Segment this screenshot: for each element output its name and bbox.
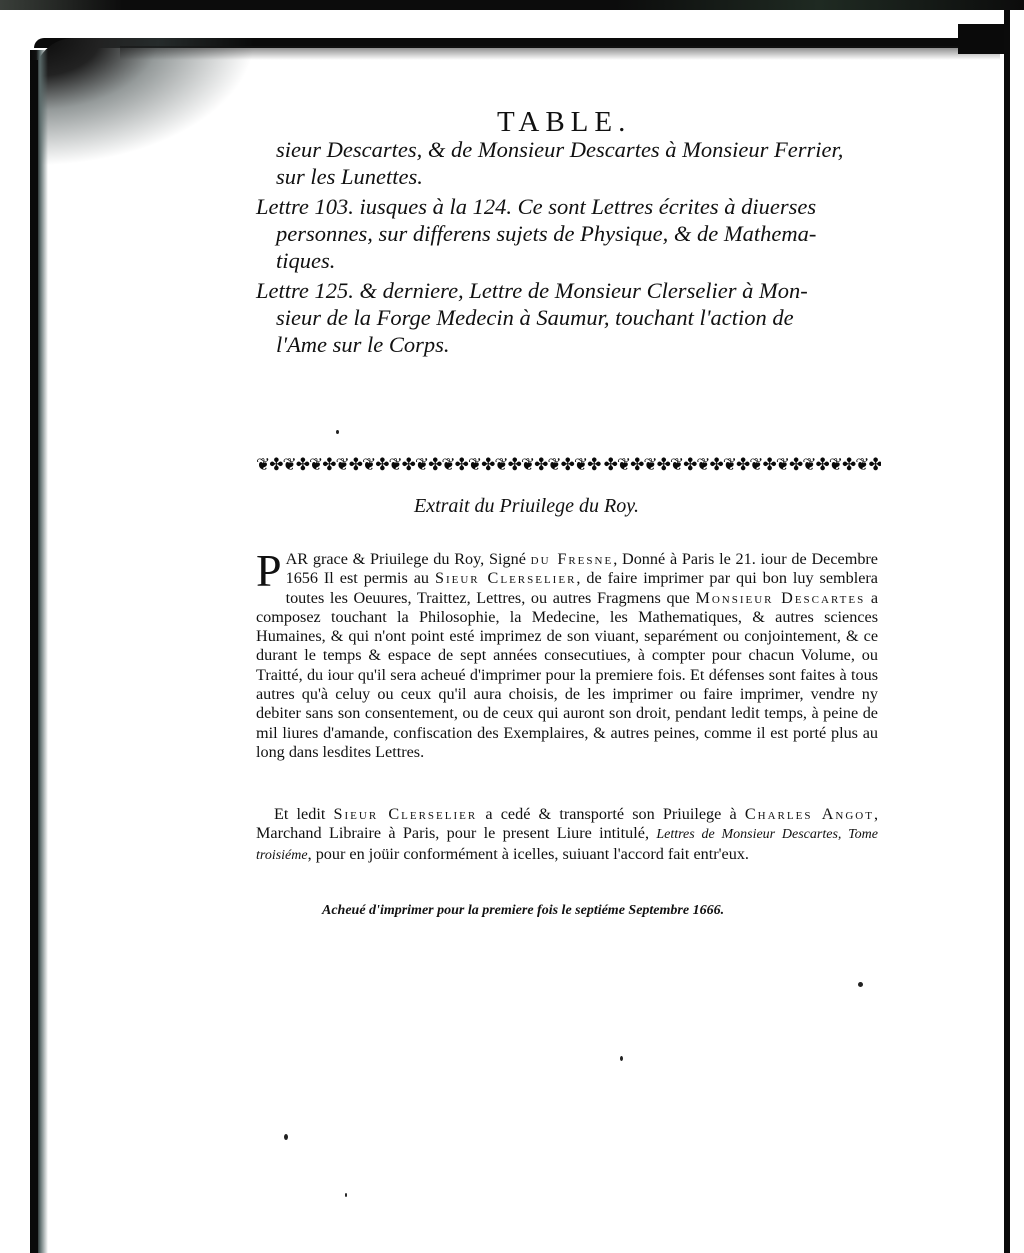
colophon: Acheué d'imprimer pour la premiere fois … [322,903,724,919]
toc-entry: sieur Descartes, & de Monsieur Descartes… [256,136,886,190]
privilege-paragraph-2: Et ledit Sieur Clerselier a cedé & trans… [256,805,878,865]
toc-line: sieur de la Forge Medecin à Saumur, touc… [276,304,886,331]
page-right-corner [958,24,1006,54]
paper-speck [620,1056,623,1061]
text-run: AR grace & Priuilege du Roy, Signé [286,550,531,568]
toc-line: tiques. [276,247,886,274]
running-head: TABLE. [497,106,631,139]
text-run: a cedé & transporté son Priuilege à [477,805,745,823]
text-run: Et ledit [274,805,334,823]
signer-name: du Fresne [531,550,614,568]
text-run: , pour en joüir conformément à icelles, … [308,845,749,863]
toc-line: personnes, sur differens sujets de Physi… [276,220,886,247]
author-name: Monsieur Descartes [695,589,865,607]
drop-cap: P [256,552,282,590]
paper-speck [336,430,339,434]
table-of-contents: sieur Descartes, & de Monsieur Descartes… [256,136,886,361]
page-top-shadow [120,46,1000,60]
paper-speck [284,1134,288,1140]
toc-entry: Lettre 103. iusques à la 124. Ce sont Le… [256,193,886,274]
page-left-edge-line [32,60,38,1253]
toc-entry: Lettre 125. & derniere, Lettre de Monsie… [256,277,886,358]
paper-speck [858,982,863,987]
fleuron-ornament-band: ❦✤❦✤❦✤❦✤❦✤❦✤❦✤❦✤❦✤❦✤❦✤❦✤❦✤ ✤❦✤❦✤❦✤❦✤❦✤❦✤… [256,455,881,477]
text-run: a composez touchant la Philosophie, la M… [256,589,878,761]
toc-line: l'Ame sur le Corps. [276,331,886,358]
paper-speck [345,1193,347,1197]
toc-line: Lettre 103. iusques à la 124. Ce sont Le… [256,193,886,220]
toc-line: sieur Descartes, & de Monsieur Descartes… [276,136,886,163]
toc-line: Lettre 125. & derniere, Lettre de Monsie… [256,277,886,304]
page-corner-shadow [34,38,294,188]
privilege-paragraph-1: PAR grace & Priuilege du Roy, Signé du F… [256,550,878,762]
scan-top-edge [0,0,1024,10]
page-right-edge [1004,10,1010,1253]
toc-line: sur les Lunettes. [276,163,886,190]
person-name: Sieur Clerselier [334,805,478,823]
privilege-title: Extrait du Priuilege du Roy. [414,495,639,518]
publisher-name: Charles Angot [745,805,874,823]
person-name: Sieur Clerselier [435,569,576,587]
